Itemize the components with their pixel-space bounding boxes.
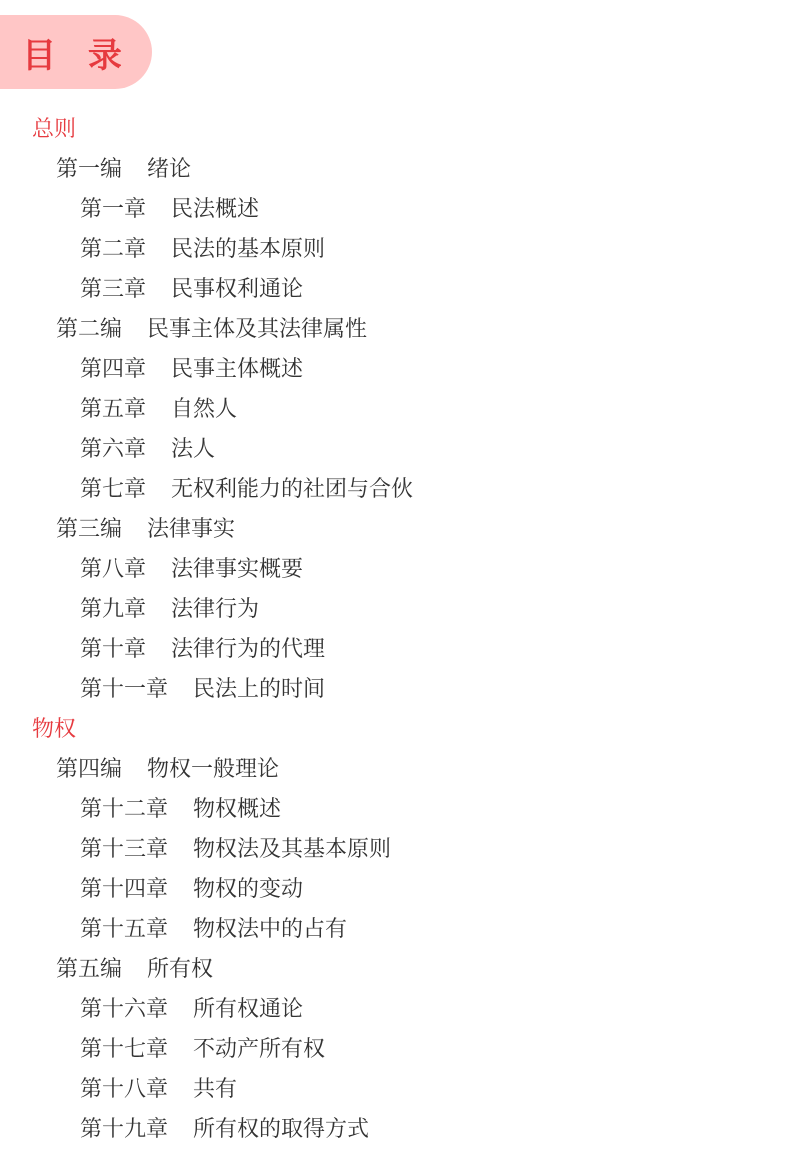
chapter-title: 所有权通论 bbox=[193, 997, 303, 1022]
book-title: 法律事实 bbox=[147, 517, 235, 542]
toc-chapter[interactable]: 第九章法律行为 bbox=[0, 590, 790, 630]
toc-chapter[interactable]: 第十章法律行为的代理 bbox=[0, 630, 790, 670]
chapter-title: 物权的变动 bbox=[193, 877, 303, 902]
chapter-number: 第十二章 bbox=[80, 790, 168, 830]
chapter-title: 物权法中的占有 bbox=[193, 917, 347, 942]
chapter-title: 所有权的取得方式 bbox=[193, 1117, 369, 1142]
book-number: 第四编 bbox=[56, 750, 122, 790]
toc-chapter[interactable]: 第二章民法的基本原则 bbox=[0, 230, 790, 270]
chapter-title: 民法的基本原则 bbox=[171, 237, 325, 262]
chapter-number: 第五章 bbox=[80, 390, 146, 430]
chapter-title: 民法上的时间 bbox=[193, 677, 325, 702]
chapter-number: 第三章 bbox=[80, 270, 146, 310]
chapter-title: 无权利能力的社团与合伙 bbox=[171, 477, 413, 502]
chapter-number: 第十八章 bbox=[80, 1070, 168, 1110]
chapter-title: 物权概述 bbox=[193, 797, 281, 822]
toc-chapter[interactable]: 第三章民事权利通论 bbox=[0, 270, 790, 310]
toc-chapter[interactable]: 第十三章物权法及其基本原则 bbox=[0, 830, 790, 870]
toc-chapter[interactable]: 第四章民事主体概述 bbox=[0, 350, 790, 390]
toc-header-badge: 目 录 bbox=[0, 15, 152, 89]
toc-chapter[interactable]: 第十五章物权法中的占有 bbox=[0, 910, 790, 950]
toc-chapter[interactable]: 第五章自然人 bbox=[0, 390, 790, 430]
chapter-title: 物权法及其基本原则 bbox=[193, 837, 391, 862]
toc-chapter[interactable]: 第十一章民法上的时间 bbox=[0, 670, 790, 710]
chapter-number: 第十九章 bbox=[80, 1110, 168, 1150]
chapter-title: 法律事实概要 bbox=[171, 557, 303, 582]
toc-chapter[interactable]: 第十四章物权的变动 bbox=[0, 870, 790, 910]
chapter-title: 自然人 bbox=[171, 397, 237, 422]
chapter-number: 第十一章 bbox=[80, 670, 168, 710]
book-number: 第三编 bbox=[56, 510, 122, 550]
chapter-title: 不动产所有权 bbox=[193, 1037, 325, 1062]
table-of-contents: 总则 第一编绪论 第一章民法概述 第二章民法的基本原则 第三章民事权利通论 第二… bbox=[0, 110, 790, 1150]
toc-chapter[interactable]: 第十七章不动产所有权 bbox=[0, 1030, 790, 1070]
chapter-title: 法人 bbox=[171, 437, 215, 462]
book-number: 第二编 bbox=[56, 310, 122, 350]
toc-part-general[interactable]: 总则 bbox=[0, 110, 790, 150]
toc-chapter[interactable]: 第十六章所有权通论 bbox=[0, 990, 790, 1030]
toc-chapter[interactable]: 第八章法律事实概要 bbox=[0, 550, 790, 590]
toc-chapter[interactable]: 第十八章共有 bbox=[0, 1070, 790, 1110]
chapter-title: 民法概述 bbox=[171, 197, 259, 222]
chapter-number: 第十章 bbox=[80, 630, 146, 670]
toc-chapter[interactable]: 第一章民法概述 bbox=[0, 190, 790, 230]
chapter-number: 第六章 bbox=[80, 430, 146, 470]
chapter-title: 法律行为 bbox=[171, 597, 259, 622]
book-title: 所有权 bbox=[147, 957, 213, 982]
book-title: 绪论 bbox=[147, 157, 191, 182]
toc-chapter[interactable]: 第十二章物权概述 bbox=[0, 790, 790, 830]
book-title: 民事主体及其法律属性 bbox=[147, 317, 367, 342]
book-number: 第五编 bbox=[56, 950, 122, 990]
chapter-title: 法律行为的代理 bbox=[171, 637, 325, 662]
chapter-title: 民事主体概述 bbox=[171, 357, 303, 382]
chapter-title: 民事权利通论 bbox=[171, 277, 303, 302]
toc-book[interactable]: 第五编所有权 bbox=[0, 950, 790, 990]
chapter-number: 第七章 bbox=[80, 470, 146, 510]
book-number: 第一编 bbox=[56, 150, 122, 190]
chapter-number: 第十四章 bbox=[80, 870, 168, 910]
chapter-number: 第九章 bbox=[80, 590, 146, 630]
chapter-number: 第四章 bbox=[80, 350, 146, 390]
book-title: 物权一般理论 bbox=[147, 757, 279, 782]
toc-book[interactable]: 第四编物权一般理论 bbox=[0, 750, 790, 790]
toc-part-property-rights[interactable]: 物权 bbox=[0, 710, 790, 750]
chapter-number: 第八章 bbox=[80, 550, 146, 590]
chapter-number: 第十三章 bbox=[80, 830, 168, 870]
toc-chapter[interactable]: 第七章无权利能力的社团与合伙 bbox=[0, 470, 790, 510]
page-title: 目 录 bbox=[12, 28, 132, 77]
toc-chapter[interactable]: 第六章法人 bbox=[0, 430, 790, 470]
toc-chapter[interactable]: 第十九章所有权的取得方式 bbox=[0, 1110, 790, 1150]
chapter-title: 共有 bbox=[193, 1077, 237, 1102]
toc-book[interactable]: 第三编法律事实 bbox=[0, 510, 790, 550]
chapter-number: 第二章 bbox=[80, 230, 146, 270]
toc-book[interactable]: 第一编绪论 bbox=[0, 150, 790, 190]
chapter-number: 第十六章 bbox=[80, 990, 168, 1030]
chapter-number: 第十七章 bbox=[80, 1030, 168, 1070]
chapter-number: 第一章 bbox=[80, 190, 146, 230]
chapter-number: 第十五章 bbox=[80, 910, 168, 950]
toc-book[interactable]: 第二编民事主体及其法律属性 bbox=[0, 310, 790, 350]
